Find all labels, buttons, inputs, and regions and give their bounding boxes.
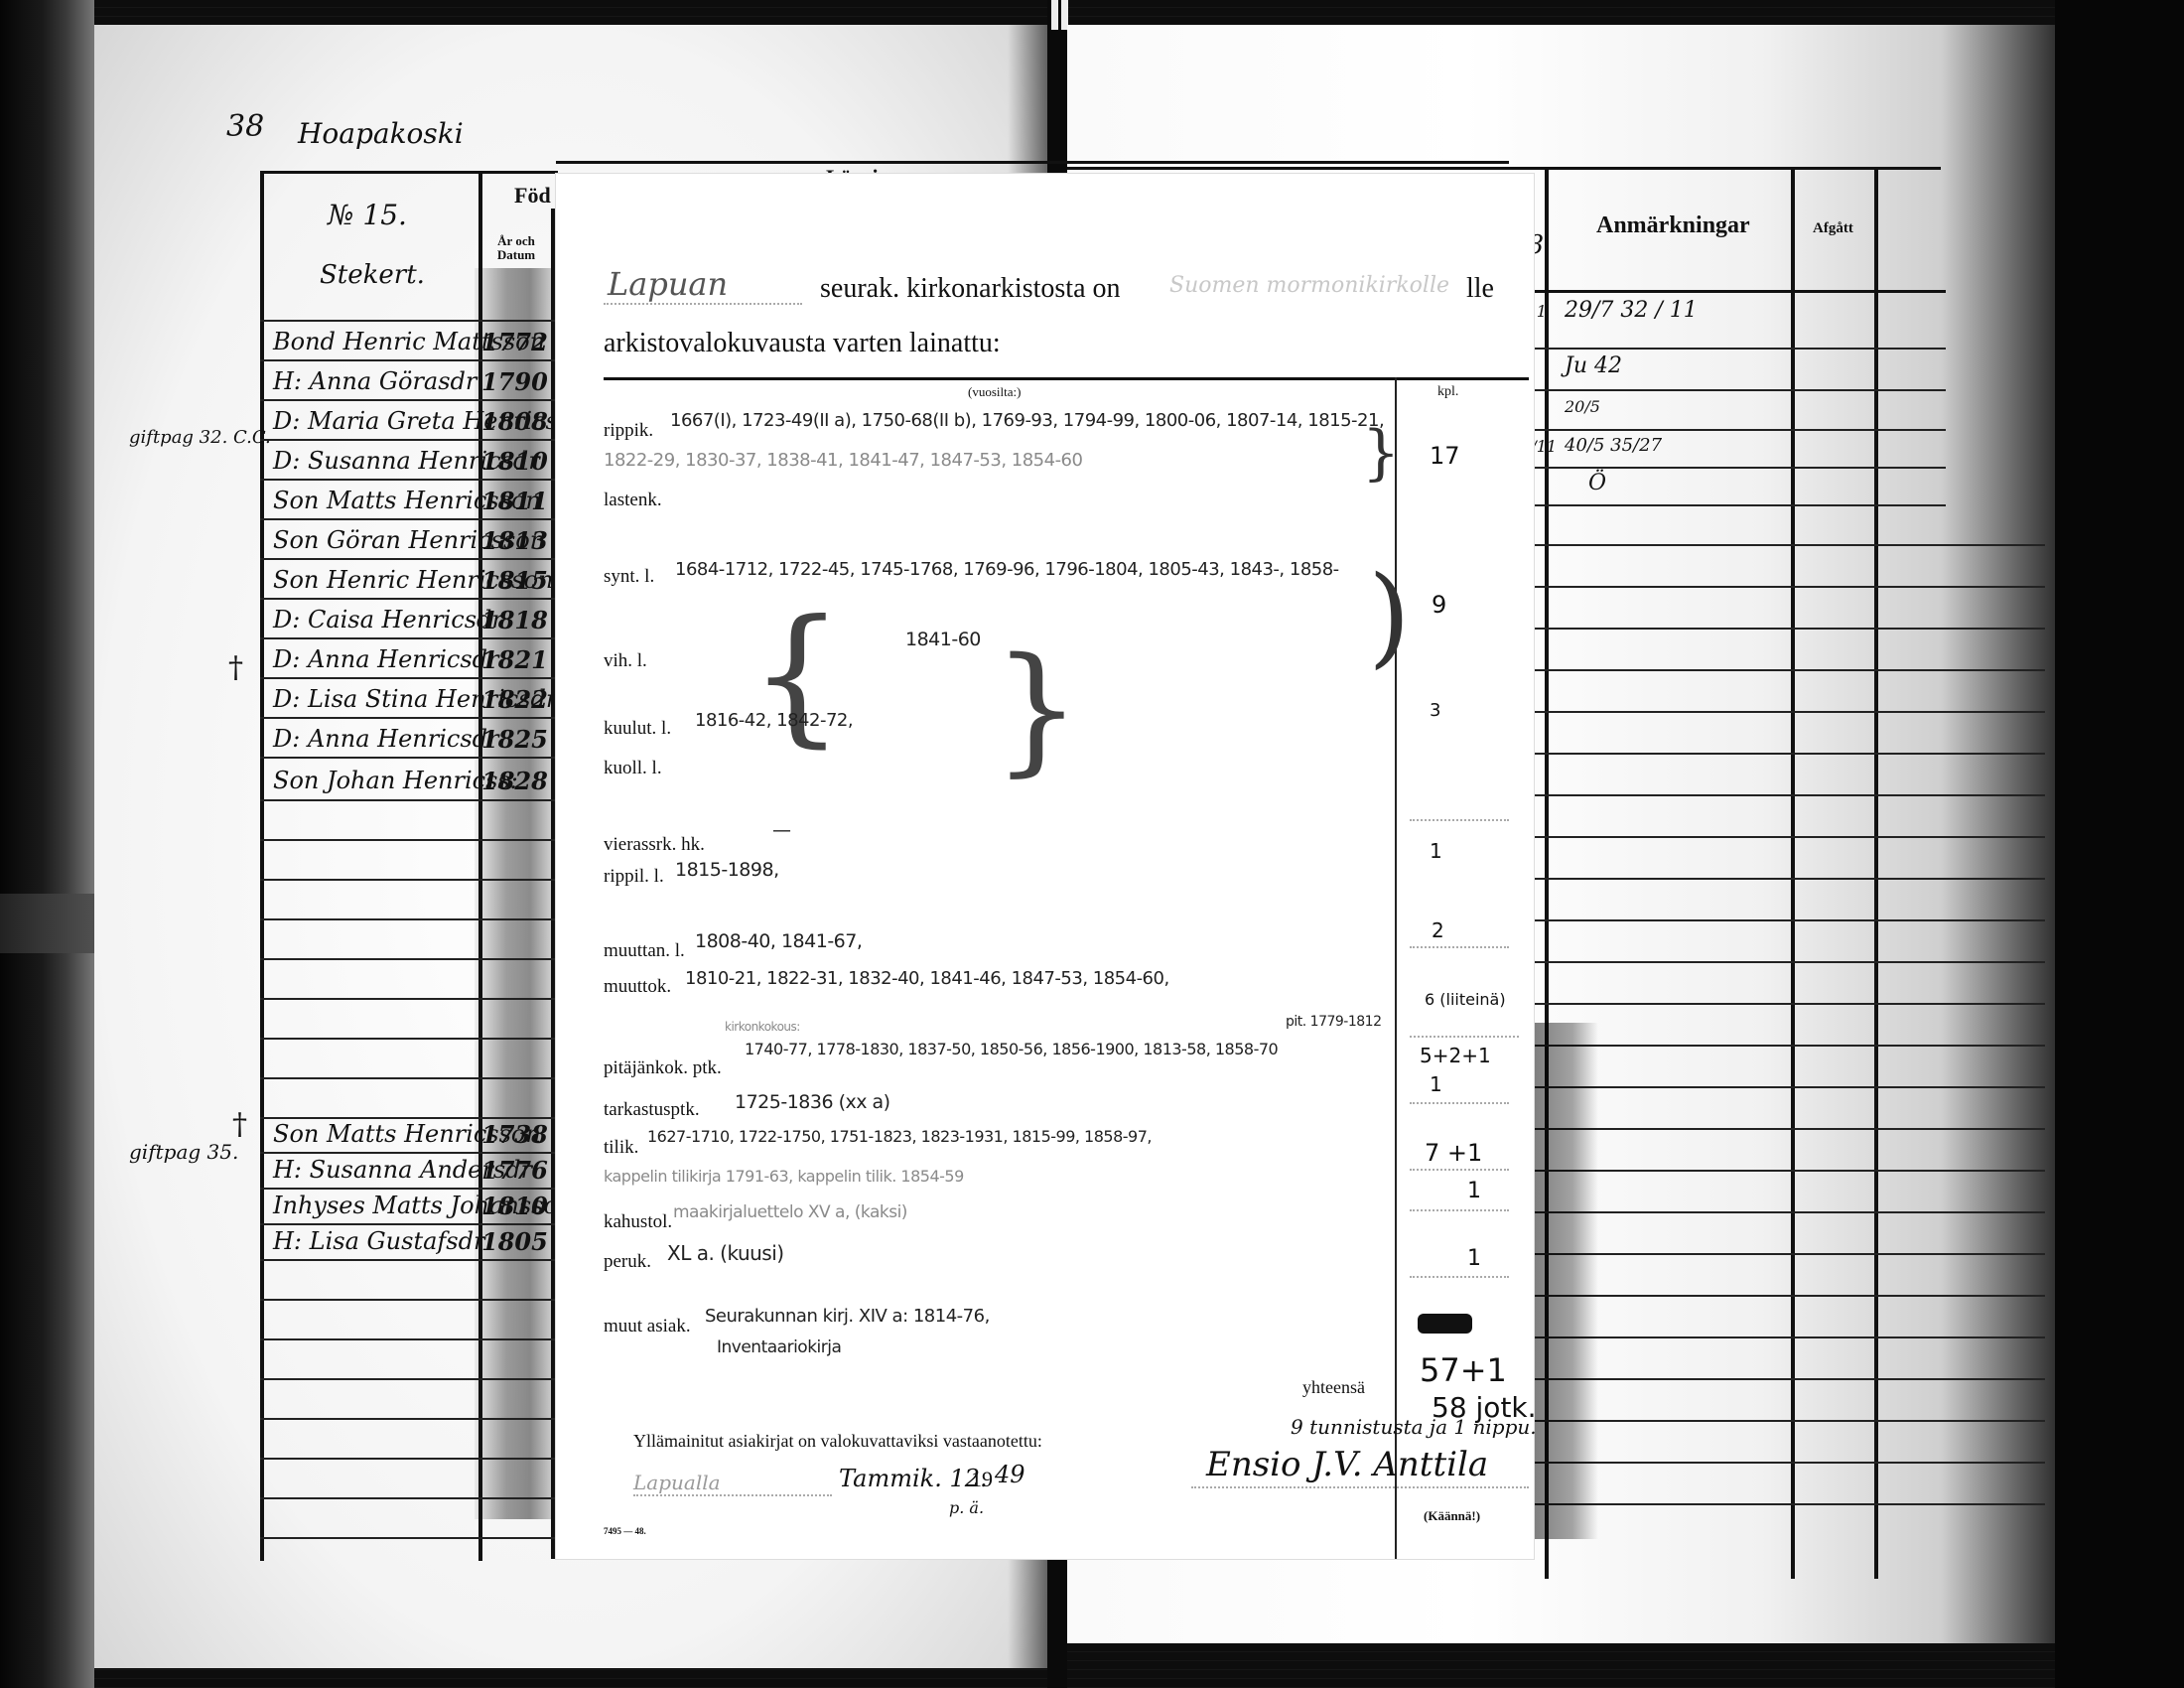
parish-name: Lapuan <box>608 265 728 303</box>
row-rule <box>260 518 558 520</box>
note-kirkonkokous: kirkonkokous: <box>725 1020 800 1034</box>
row-rule <box>260 1152 558 1154</box>
gutter-highlight <box>1051 0 1058 30</box>
entry-name: D: Anna Henricsdr <box>273 725 498 753</box>
row-value-tarkastusptk: 1725-1836 (xx a) <box>735 1091 890 1113</box>
entry-date: 1822 <box>481 685 548 714</box>
remark-entry: Ö <box>1588 471 1606 495</box>
crossed-out-count <box>1418 1314 1472 1334</box>
count-line <box>1410 1036 1519 1038</box>
row-rule <box>1509 711 2045 713</box>
remark-entry: 29/7 32 / 11 <box>1565 298 1698 323</box>
row-rule <box>1509 429 1946 431</box>
recipient-name: Suomen mormonikirkolle <box>1169 273 1449 298</box>
row-rule <box>260 1497 558 1499</box>
row-rule <box>260 359 558 361</box>
row-rule <box>1509 878 2045 880</box>
row-rule <box>260 918 558 920</box>
row-value-muut-asiak: Seurakunnan kirj. XIV a: 1814-76, <box>705 1306 990 1327</box>
row-rule <box>1509 669 2045 671</box>
brace-icon: ) <box>1368 561 1411 670</box>
remark-entry: 40/5 35/27 <box>1565 435 1662 456</box>
household-name: Stekert. <box>320 260 425 290</box>
row-rule <box>260 598 558 600</box>
count-kahustol: 1 <box>1467 1179 1481 1203</box>
remark-entry: Ju 42 <box>1565 353 1622 378</box>
row-rule <box>260 799 558 801</box>
row-rule <box>260 1537 558 1539</box>
entry-date: 1808 <box>481 407 548 436</box>
brace-icon: } <box>1362 418 1400 488</box>
count-line <box>1410 1169 1509 1171</box>
entry-name: H: Anna Görasdr <box>273 367 477 395</box>
row-value-kuulut: 1816-42, 1842-72, <box>695 710 853 731</box>
row-rule <box>260 677 558 679</box>
years-note: (vuosilta:) <box>968 384 1021 400</box>
count-line <box>1410 819 1509 821</box>
row-label-rippik: rippik. <box>604 420 653 442</box>
row-value-tilik-cont: kappelin tilikirja 1791-63, kappelin til… <box>604 1167 964 1186</box>
count-synt: 9 <box>1432 591 1446 619</box>
row-value-peruk: XL a. (kuusi) <box>667 1241 784 1265</box>
right-col-rule-1 <box>1545 169 1549 1579</box>
count-tilik: 7 +1 <box>1425 1139 1482 1167</box>
row-value-vih: 1841-60 <box>905 629 981 650</box>
row-label-muuttan: muuttan. l. <box>604 940 685 962</box>
ledger-left-rule <box>260 171 264 1561</box>
row-rule <box>1509 544 2045 546</box>
column-header-departed: Afgått <box>1813 220 1853 237</box>
row-rule <box>1509 586 2045 588</box>
column-header-remarks: Anmärkningar <box>1596 212 1750 239</box>
row-rule <box>1509 919 2045 921</box>
row-rule <box>260 1223 558 1225</box>
row-rule <box>260 717 558 719</box>
count-line <box>1410 946 1509 948</box>
row-rule <box>1509 1086 2045 1088</box>
row-rule <box>260 1117 558 1119</box>
entry-date: 1738 <box>481 1120 548 1149</box>
received-place: Lapualla <box>633 1471 721 1494</box>
right-top-rule <box>1067 167 1941 170</box>
entry-date: 1772 <box>481 328 548 356</box>
count-line <box>1410 1209 1509 1211</box>
row-rule <box>1509 836 2045 838</box>
entry-name: D: Anna Henricsdr <box>273 645 498 673</box>
row-rule <box>1509 1462 2045 1464</box>
total-value: 57+1 <box>1420 1351 1507 1389</box>
row-value-tilik: 1627-1710, 1722-1750, 1751-1823, 1823-19… <box>647 1127 1152 1146</box>
form-number: 7495 — 48. <box>604 1526 646 1536</box>
row-rule <box>260 637 558 639</box>
row-label-kuulut: kuulut. l. <box>604 718 671 740</box>
count-peruk: 1 <box>1467 1246 1481 1271</box>
column-header-ar-och-datum: År och Datum <box>486 234 546 262</box>
entry-date: 1810 <box>481 447 548 476</box>
brace-icon: } <box>993 640 1081 779</box>
row-rule <box>1509 1420 2045 1422</box>
row-label-tilik: tilik. <box>604 1137 638 1159</box>
row-rule <box>1509 1503 2045 1505</box>
row-label-rippil: rippil. l. <box>604 866 664 888</box>
slip-line1-suffix: lle <box>1466 273 1494 305</box>
row-value-pitajankok: 1740-77, 1778-1830, 1837-50, 1850-56, 18… <box>745 1040 1278 1058</box>
entry-date: 1805 <box>481 1227 548 1256</box>
row-label-synt: synt. l. <box>604 566 654 588</box>
row-value-muuttan: 1808-40, 1841-67, <box>695 930 862 952</box>
total-label: yhteensä <box>1302 1377 1365 1398</box>
kpl-header: kpl. <box>1437 384 1458 400</box>
signature: Ensio J.V. Anttila <box>1206 1445 1488 1484</box>
cross-mark-1: † <box>228 650 243 685</box>
row-label-lastenk: lastenk. <box>604 490 662 511</box>
row-rule <box>260 479 558 481</box>
row-rule <box>260 1077 558 1079</box>
entry-date: 1818 <box>481 606 548 634</box>
row-rule <box>1509 1170 2045 1172</box>
row-rule <box>260 320 558 322</box>
row-rule <box>260 1378 558 1380</box>
slip-line1-text: seurak. kirkonarkistosta on <box>820 273 1121 305</box>
year-prefix: 19 <box>971 1467 993 1492</box>
row-rule <box>260 839 558 841</box>
row-value-muut-asiak-cont: Inventaariokirja <box>717 1337 841 1357</box>
row-label-muuttok: muuttok. <box>604 976 671 998</box>
row-rule <box>1509 1128 2045 1130</box>
row-rule <box>1509 628 2045 630</box>
row-rule <box>260 998 558 1000</box>
count-tarkastusptk: 1 <box>1430 1072 1442 1096</box>
row-rule <box>1509 1211 2045 1213</box>
entry-date: 1828 <box>481 767 548 795</box>
village-name: Hoapakoski <box>298 117 464 150</box>
ledger-top-rule <box>260 171 558 174</box>
row-value-synt: 1684-1712, 1722-45, 1745-1768, 1769-96, … <box>675 559 1339 580</box>
row-rule <box>260 1418 558 1420</box>
archive-loan-slip: Lapuan seurak. kirkonarkistosta on Suome… <box>556 174 1534 1559</box>
margin-note-gift-35: giftpag 35. <box>129 1140 238 1164</box>
count-kuulut: 3 <box>1430 700 1440 721</box>
count-line <box>1410 1276 1509 1278</box>
turn-over-note: (Käännä!) <box>1424 1508 1480 1524</box>
row-rule <box>260 1259 558 1261</box>
row-label-vih: vih. l. <box>604 650 647 672</box>
count-rippil: 1 <box>1430 839 1442 863</box>
entry-date: 1790 <box>481 367 548 396</box>
row-rule <box>1509 467 1946 469</box>
received-text: Yllämainitut asiakirjat on valokuvattavi… <box>633 1431 1042 1452</box>
row-rule <box>260 879 558 881</box>
film-right-edge <box>2055 0 2184 1688</box>
row-rule <box>1509 753 2045 755</box>
row-value-rippik: 1667(I), 1723-49(II a), 1750-68(II b), 1… <box>670 410 1384 431</box>
row-rule <box>260 1338 558 1340</box>
note-pit: pit. 1779-1812 <box>1286 1014 1381 1030</box>
right-col-rule-2 <box>1791 169 1795 1579</box>
row-rule <box>1509 1378 2045 1380</box>
entry-date: 1776 <box>481 1156 548 1185</box>
entry-date: 1825 <box>481 725 548 754</box>
row-rule <box>1509 794 2045 796</box>
household-number: № 15. <box>328 199 407 231</box>
slip-line2-text: arkistovalokuvausta varten lainattu: <box>604 328 1001 359</box>
row-value-muuttok: 1810-21, 1822-31, 1832-40, 1841-46, 1847… <box>685 968 1169 989</box>
entry-date: 1815 <box>481 566 548 595</box>
right-header-rule <box>1509 290 1946 293</box>
row-rule <box>1509 504 1946 506</box>
entry-name: D: Caisa Henricsdr <box>273 606 503 633</box>
count-rippik: 17 <box>1430 442 1460 470</box>
signature-note: 9 tunnistusta ja 1 nippu. <box>1291 1415 1537 1439</box>
row-rule <box>1509 1253 2045 1255</box>
remark-entry: 20/5 <box>1565 397 1600 416</box>
row-rule <box>1509 1336 2045 1338</box>
row-label-vierassrk: vierassrk. hk. <box>604 834 705 856</box>
column-header-fod: Föd <box>514 183 551 209</box>
row-rule <box>260 399 558 401</box>
row-rule <box>260 1038 558 1040</box>
slip-header-rule <box>604 377 1529 380</box>
count-pitajankok: 5+2+1 <box>1420 1044 1491 1067</box>
row-value-kahustol: maakirjaluettelo XV a, (kaksi) <box>673 1202 907 1222</box>
row-rule <box>1509 1003 2045 1005</box>
cross-mark-2: † <box>232 1107 247 1142</box>
row-value-vierassrk: — <box>772 819 791 841</box>
date-note: p. ä. <box>949 1498 984 1517</box>
entry-date: 1813 <box>481 526 548 555</box>
right-col-rule-3 <box>1874 169 1878 1579</box>
row-rule <box>260 958 558 960</box>
row-rule <box>260 1188 558 1190</box>
entry-date: 1810 <box>481 1192 548 1220</box>
row-value-rippil: 1815-1898, <box>675 859 779 881</box>
place-line <box>633 1494 832 1496</box>
received-date: Tammik. 12. <box>839 1465 988 1492</box>
row-rule <box>260 757 558 759</box>
row-label-pitajankok: pitäjänkok. ptk. <box>604 1057 722 1079</box>
row-label-kahustol: kahustol. <box>604 1211 672 1233</box>
signature-line <box>1191 1486 1529 1488</box>
entry-date: 1821 <box>481 645 548 674</box>
entry-date: 1811 <box>481 487 548 515</box>
page-number: 38 <box>226 109 264 144</box>
row-rule <box>260 1458 558 1460</box>
row-rule <box>1509 389 1946 391</box>
row-rule <box>1509 1045 2045 1047</box>
row-rule <box>1509 961 2045 963</box>
film-left-edge <box>0 0 94 1688</box>
row-label-muut-asiak: muut asiak. <box>604 1316 691 1337</box>
row-rule <box>260 439 558 441</box>
margin-note-gift-32: giftpag 32. C.C. <box>129 427 271 448</box>
row-rule <box>260 1299 558 1301</box>
row-rule <box>1509 1295 2045 1297</box>
ledger-top-rule-center <box>556 161 1509 164</box>
count-muuttok: 6 (liiteinä) <box>1425 990 1506 1009</box>
parish-field-line <box>604 303 802 305</box>
row-label-tarkastusptk: tarkastusptk. <box>604 1099 700 1121</box>
row-label-kuoll: kuoll. l. <box>604 758 662 779</box>
count-muuttan: 2 <box>1432 918 1444 942</box>
row-value-rippik-cont: 1822-29, 1830-37, 1838-41, 1841-47, 1847… <box>604 450 1082 471</box>
year-value: 49 <box>995 1461 1025 1488</box>
row-label-peruk: peruk. <box>604 1251 651 1273</box>
row-rule <box>1509 348 1946 350</box>
entry-name: H: Lisa Gustafsdr <box>273 1227 484 1255</box>
row-rule <box>260 558 558 560</box>
count-line <box>1410 1102 1509 1104</box>
